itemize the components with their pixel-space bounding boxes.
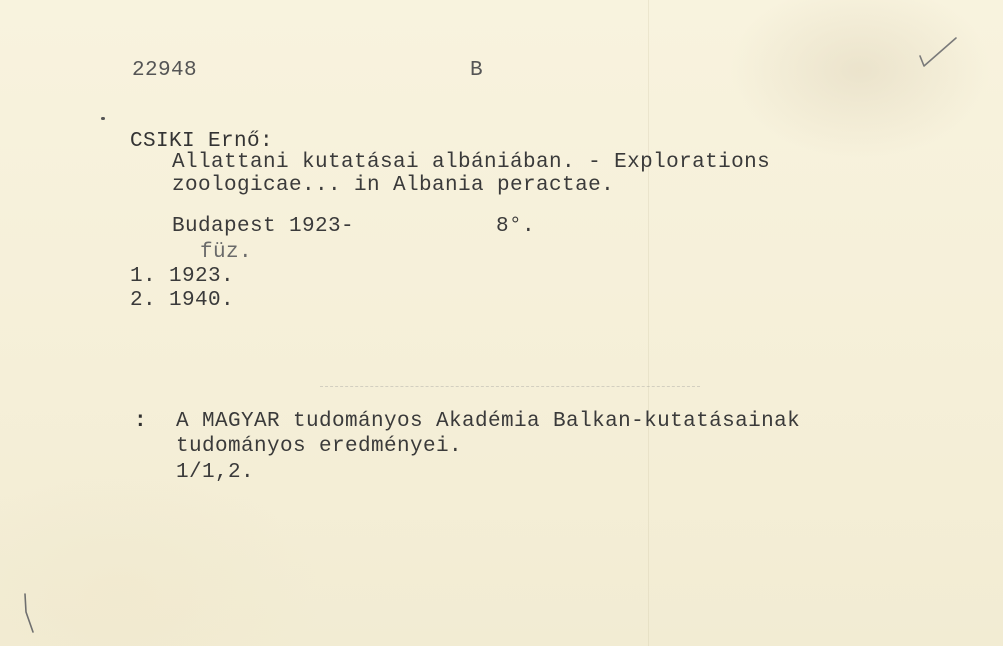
series-volume: 1/1,2. <box>176 462 254 484</box>
title-line-1: Allattani kutatásai albániában. - Explor… <box>172 152 770 174</box>
card-crease <box>648 0 649 646</box>
part-entry: 2. 1940. <box>130 290 234 312</box>
series-line-1: A MAGYAR tudományos Akadémia Balkan-kuta… <box>176 411 800 433</box>
parts-label: füz. <box>200 242 252 264</box>
author-heading: CSIKI Ernő: <box>130 131 273 153</box>
imprint: Budapest 1923- <box>172 216 354 238</box>
format: 8°. <box>496 216 535 238</box>
catalog-card: 22948 B CSIKI Ernő: Allattani kutatásai … <box>0 0 1003 646</box>
checkmark-icon <box>918 34 958 70</box>
series-line-2: tudományos eredményei. <box>176 436 462 458</box>
ink-dot <box>101 117 105 120</box>
accession-number: 22948 <box>132 60 197 82</box>
pencil-stroke-mark <box>22 592 36 636</box>
faint-dashed-line <box>320 386 700 387</box>
part-entry: 1. 1923. <box>130 266 234 288</box>
shelf-mark: B <box>470 60 483 82</box>
series-prefix: : <box>134 411 147 433</box>
title-line-2: zoologicae... in Albania peractae. <box>172 175 614 197</box>
